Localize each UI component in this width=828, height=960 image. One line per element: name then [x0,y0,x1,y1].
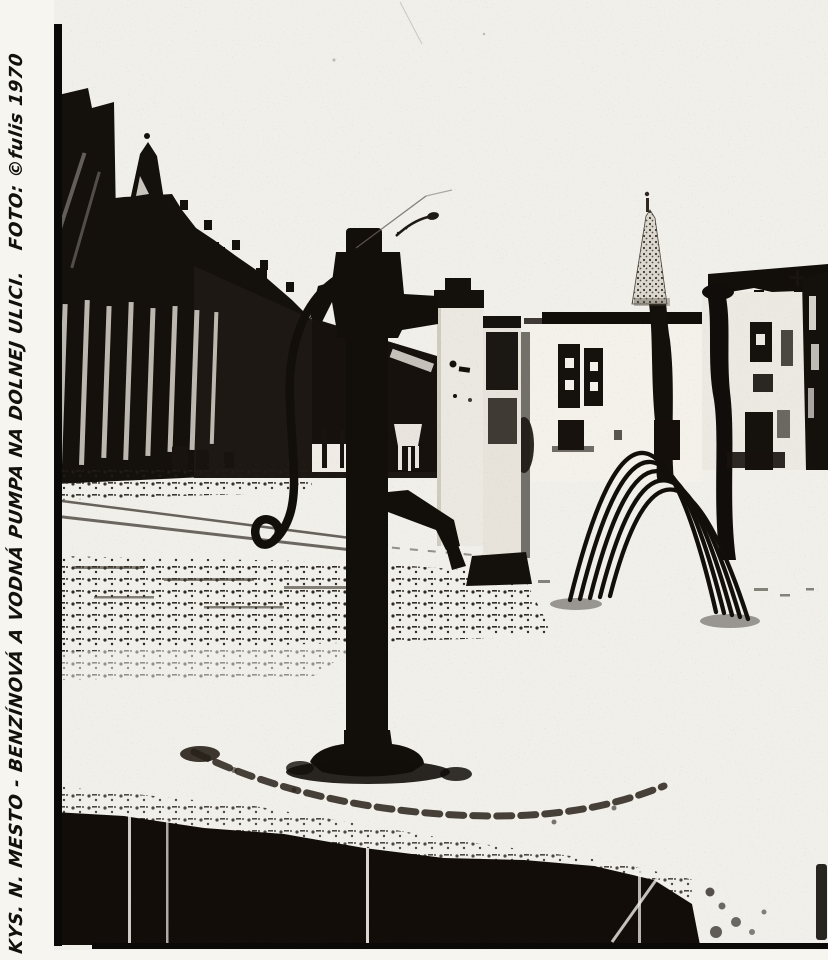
margin-strip: KYS. N. MESTO - BENZÍNOVÁ A VODNÁ PUMPA … [0,0,54,960]
caption-location-label: KYS. N. MESTO - BENZÍNOVÁ A VODNÁ PUMPA … [6,269,27,955]
photocopy-grain [54,0,828,950]
photo-canvas [54,0,828,950]
photo-bottom-border [92,943,828,949]
photograph [54,0,828,950]
caption-photo-credit: FOTO: ©fulis 1970 [6,52,27,252]
handwritten-caption: KYS. N. MESTO - BENZÍNOVÁ A VODNÁ PUMPA … [6,72,27,955]
photo-left-border [54,24,62,946]
scanned-photo-page: KYS. N. MESTO - BENZÍNOVÁ A VODNÁ PUMPA … [0,0,828,960]
